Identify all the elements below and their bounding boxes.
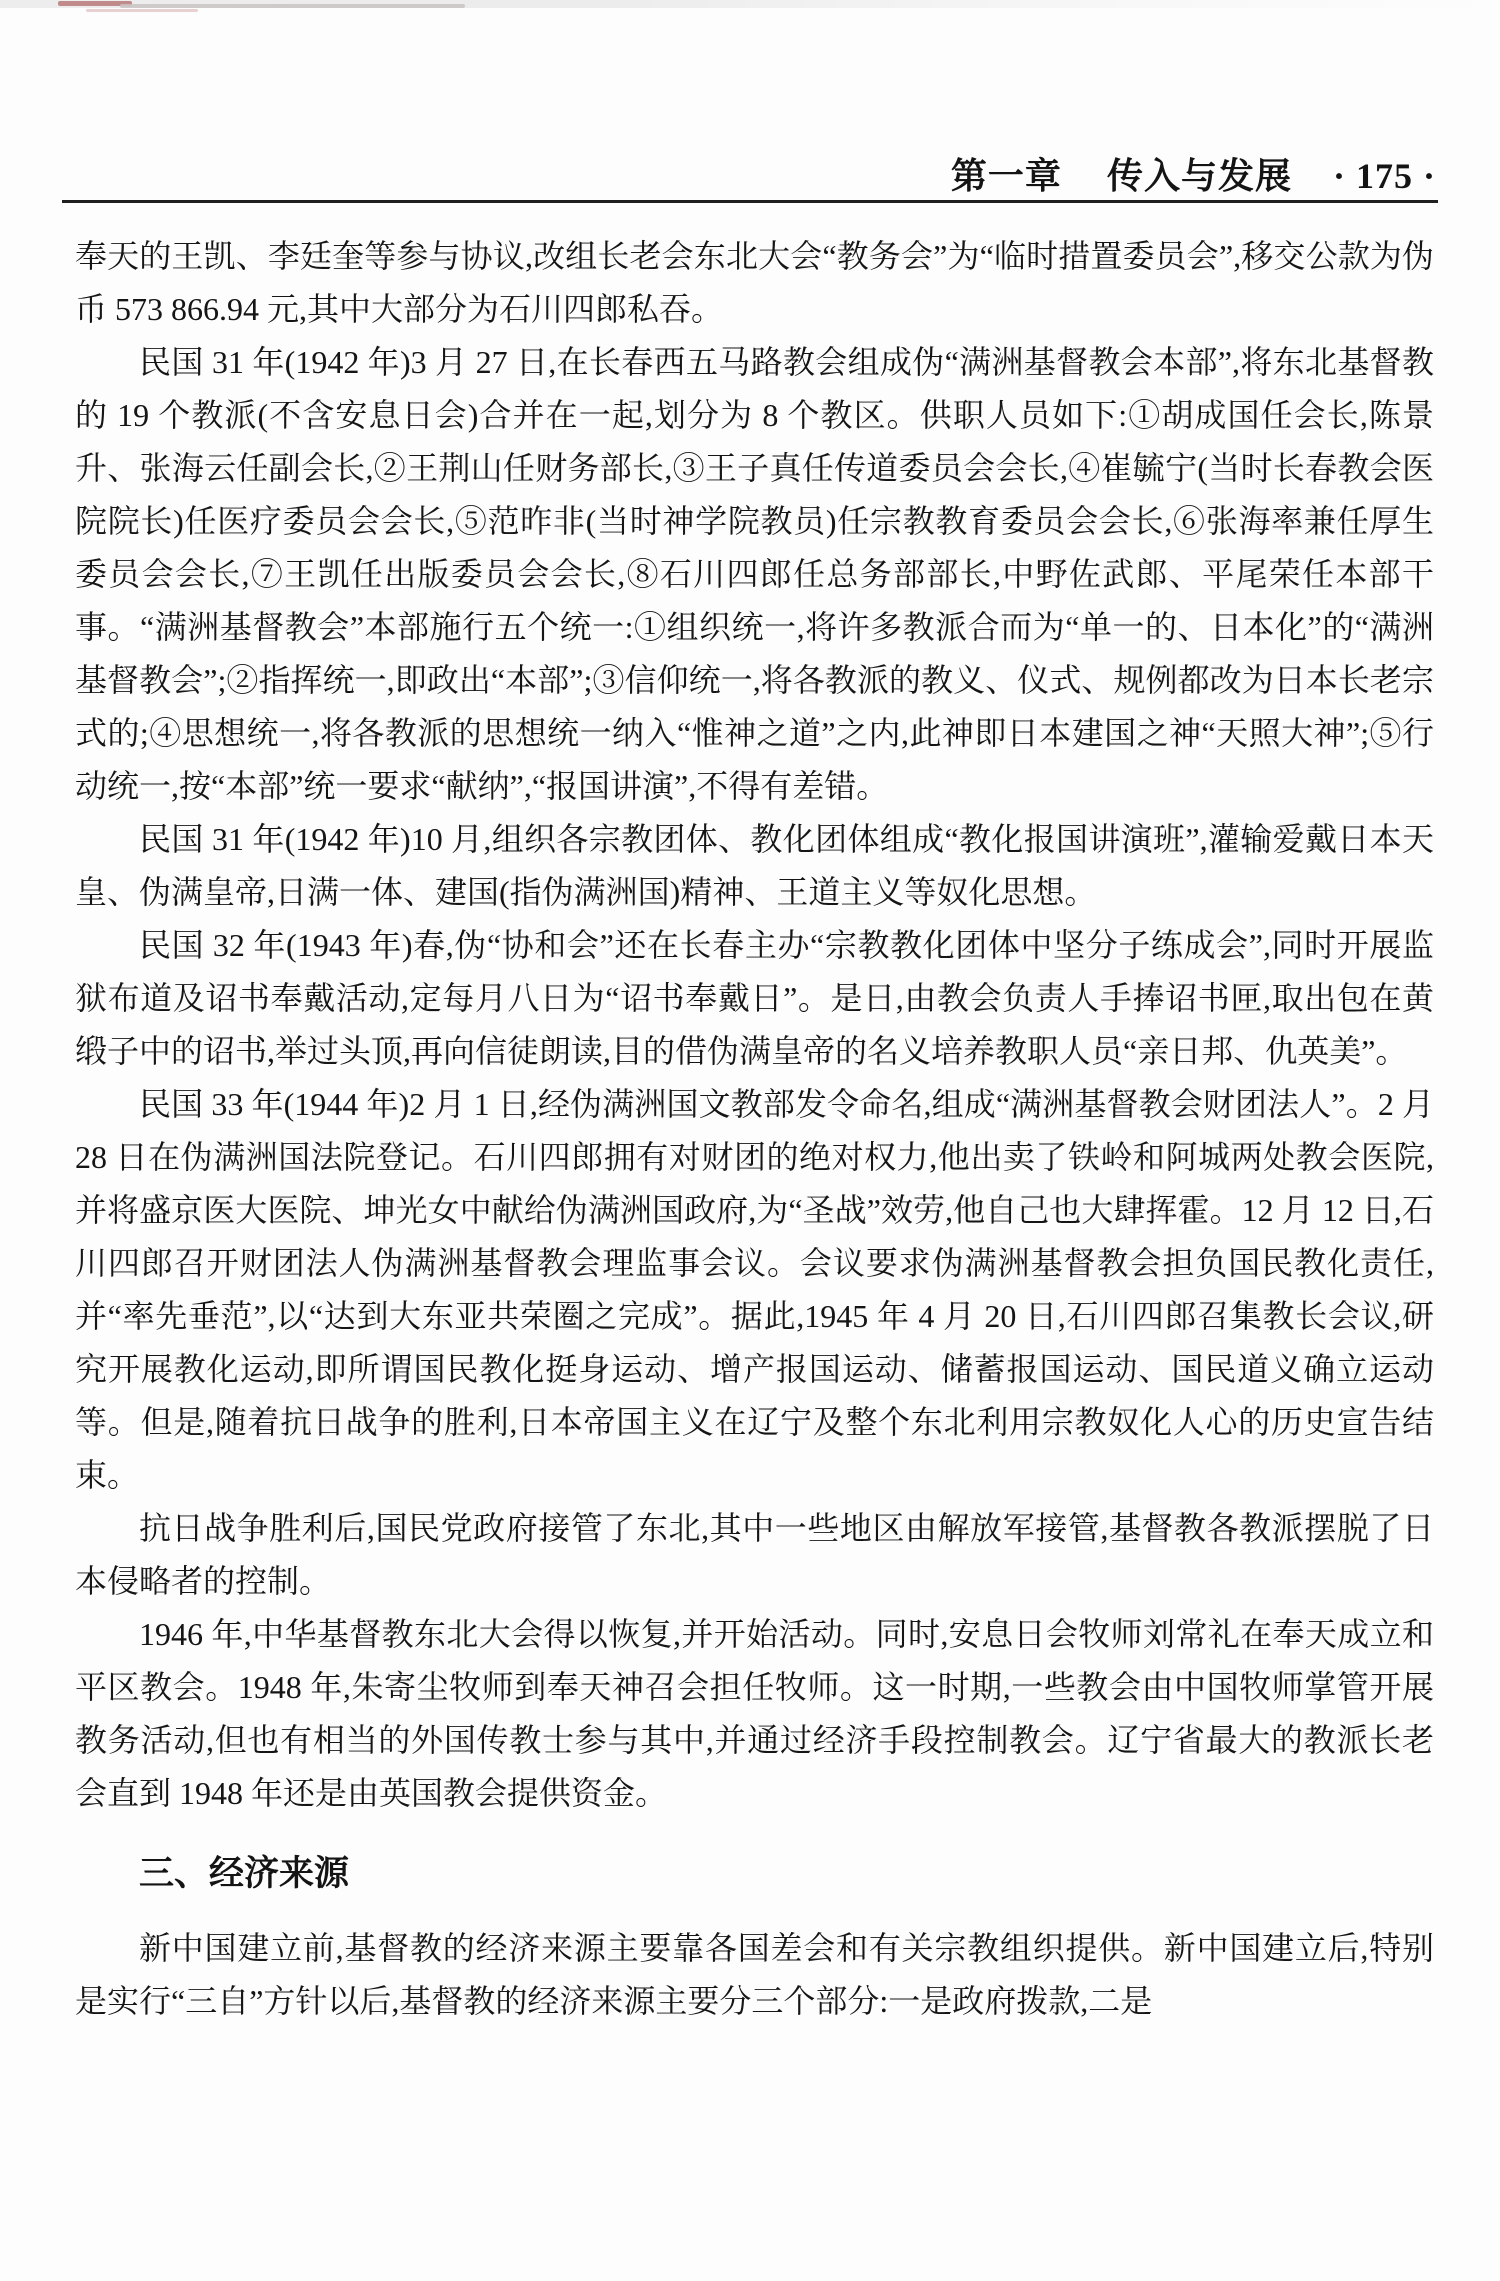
scan-artifact-red bbox=[86, 9, 198, 12]
header-rule bbox=[62, 200, 1438, 203]
scan-artifact-gray bbox=[120, 4, 465, 8]
paragraph: 民国 31 年(1942 年)3 月 27 日,在长春西五马路教会组成伪“满洲基… bbox=[75, 336, 1434, 813]
page-number: · 175 · bbox=[1333, 156, 1436, 196]
section-heading: 三、经济来源 bbox=[75, 1852, 1434, 1896]
paragraph: 新中国建立前,基督教的经济来源主要靠各国差会和有关宗教组织提供。新中国建立后,特… bbox=[75, 1922, 1434, 2028]
paragraph: 1946 年,中华基督教东北大会得以恢复,并开始活动。同时,安息日会牧师刘常礼在… bbox=[75, 1608, 1434, 1820]
book-page: 第一章 传入与发展 · 175 · 奉天的王凯、李廷奎等参与协议,改组长老会东北… bbox=[0, 0, 1500, 2281]
paragraph: 民国 33 年(1944 年)2 月 1 日,经伪满洲国文教部发令命名,组成“满… bbox=[75, 1078, 1434, 1502]
chapter-title: 传入与发展 bbox=[1107, 155, 1292, 196]
running-header: 第一章 传入与发展 · 175 · bbox=[951, 148, 1436, 199]
chapter-label: 第一章 bbox=[951, 155, 1062, 196]
paragraph: 民国 32 年(1943 年)春,伪“协和会”还在长春主办“宗教教化团体中坚分子… bbox=[75, 919, 1434, 1078]
paragraph: 抗日战争胜利后,国民党政府接管了东北,其中一些地区由解放军接管,基督教各教派摆脱… bbox=[75, 1502, 1434, 1608]
page-body: 奉天的王凯、李廷奎等参与协议,改组长老会东北大会“教务会”为“临时措置委员会”,… bbox=[75, 230, 1434, 2028]
paragraph: 奉天的王凯、李廷奎等参与协议,改组长老会东北大会“教务会”为“临时措置委员会”,… bbox=[75, 230, 1434, 336]
paragraph: 民国 31 年(1942 年)10 月,组织各宗教团体、教化团体组成“教化报国讲… bbox=[75, 813, 1434, 919]
